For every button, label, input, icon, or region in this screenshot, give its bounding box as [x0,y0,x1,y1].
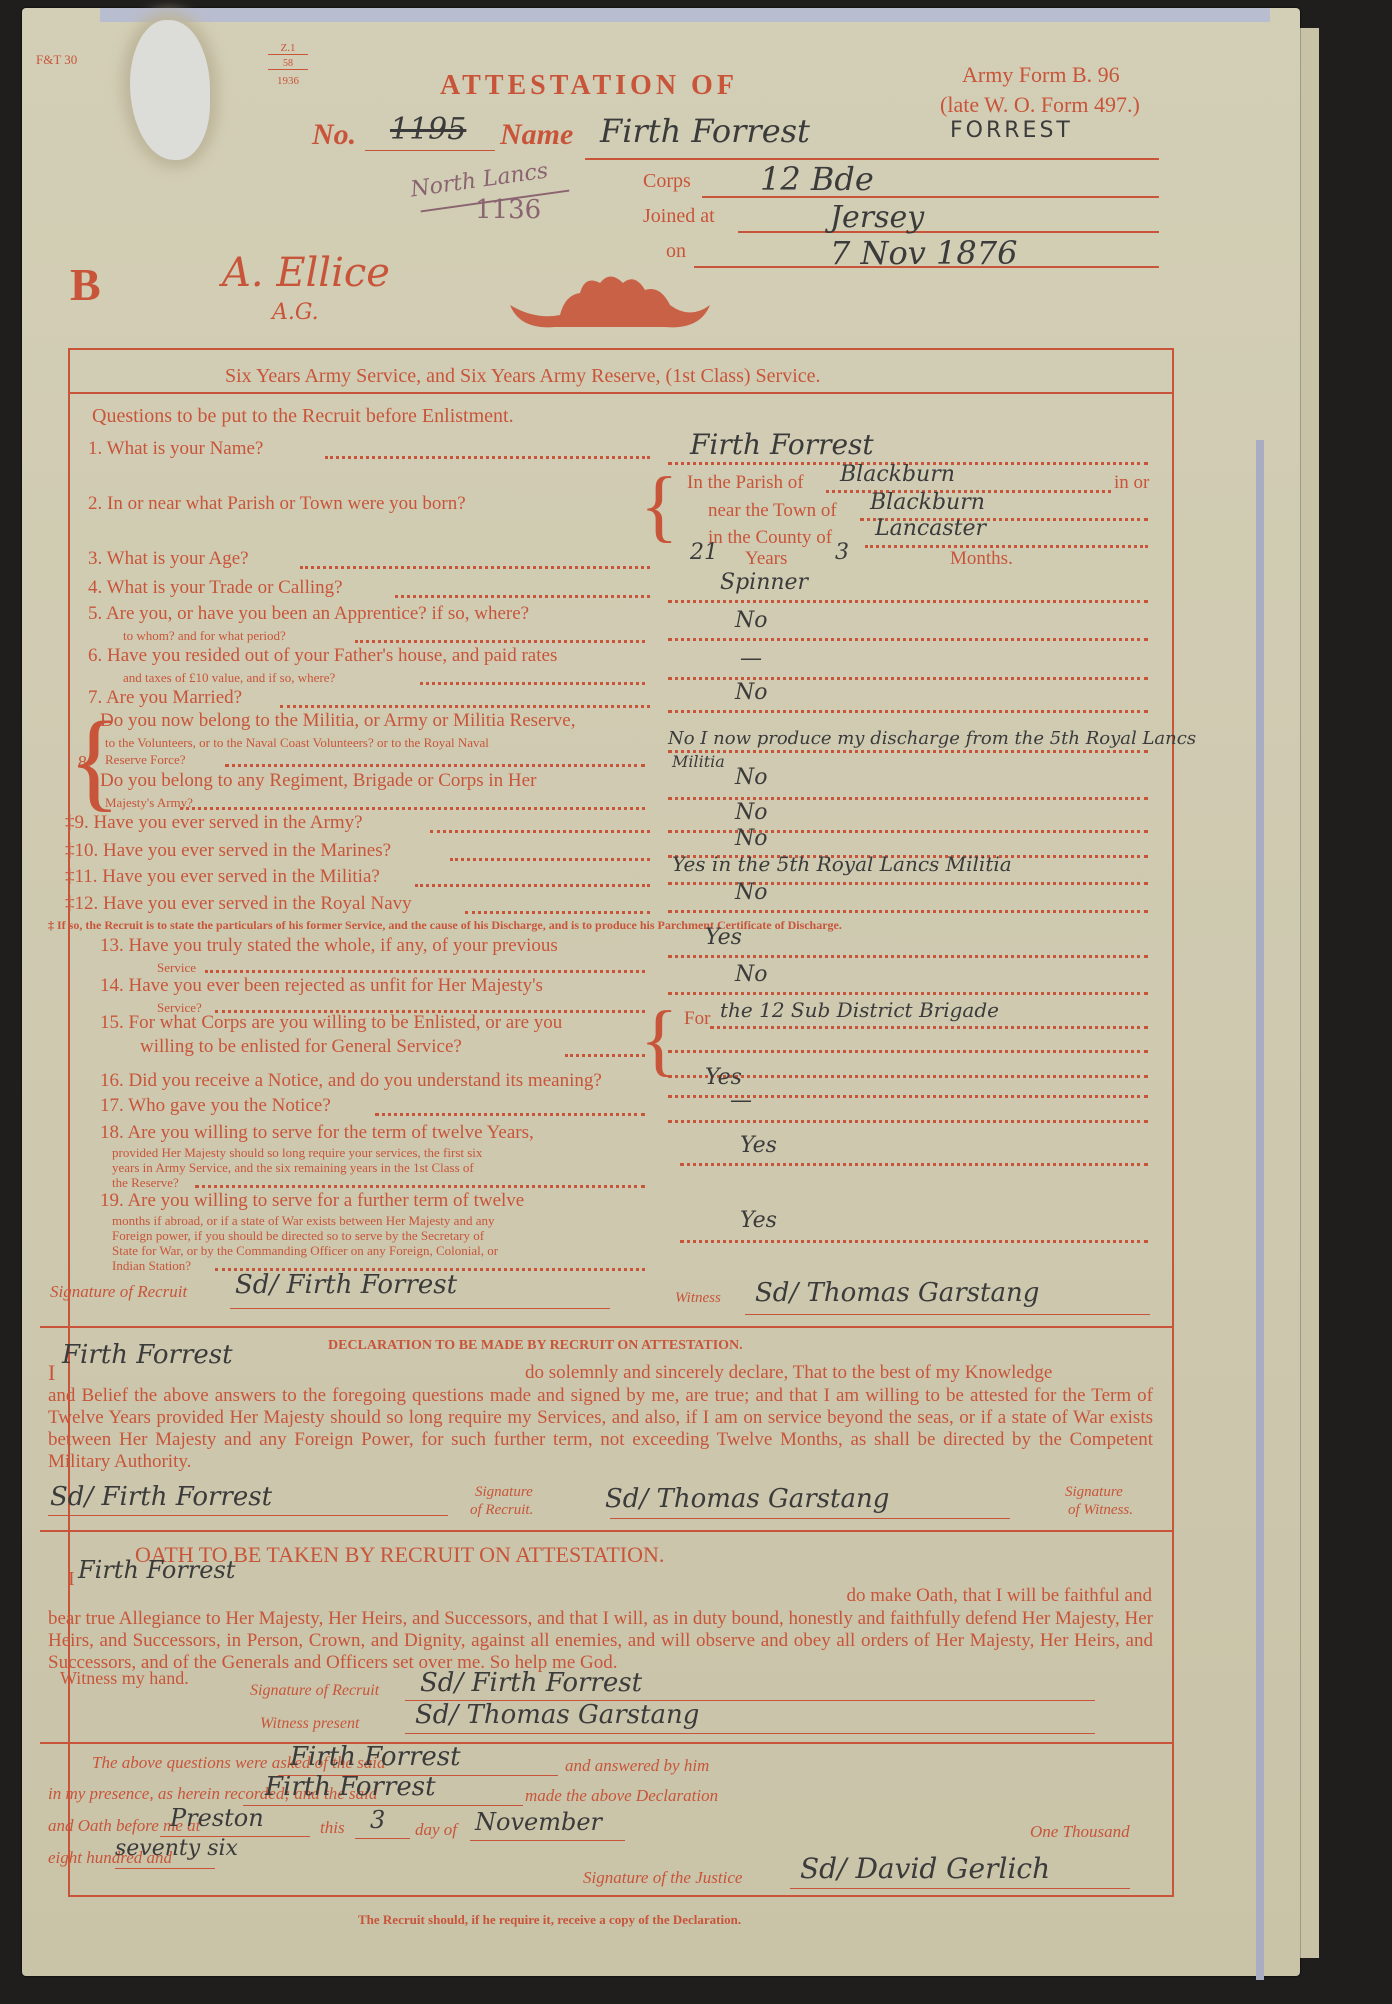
form-number: Army Form B. 96 [962,62,1120,88]
question-4: 4. What is your Trade or Calling? [88,577,343,599]
day-line [355,1838,410,1839]
number-value[interactable]: 1195 [390,112,466,147]
answer-q13[interactable]: Yes [705,925,742,950]
dots-q8 [225,764,645,767]
answer-q6[interactable]: — [740,646,762,671]
question-15: 15. For what Corps are you willing to be… [100,1012,562,1034]
dots-q3 [300,566,650,569]
joined-line [738,231,1159,233]
dots-q17 [375,1113,645,1116]
oath-i: I [68,1568,75,1591]
dots-q12 [465,911,650,914]
question-16: 16. Did you receive a Notice, and do you… [100,1070,602,1092]
dots-q18 [195,1185,645,1188]
question-8-sub2: Reserve Force? [105,752,186,768]
place-value[interactable]: Preston [170,1804,264,1832]
question-8-sub: to the Volunteers, or to the Naval Coast… [105,735,489,751]
oath-witness-label: Witness present [260,1715,359,1733]
oath-witness-signature[interactable]: Sd/ Thomas Garstang [415,1700,699,1730]
ref-bottom: 1936 [268,75,308,87]
witness-signature-line [745,1314,1150,1315]
age-years[interactable]: 21 [690,540,718,565]
oath-text: bear true Allegiance to Her Majesty, Her… [48,1608,1153,1674]
question-19-sub2: Foreign power, if you should be directed… [112,1228,484,1244]
justice-line1-name[interactable]: Firth Forrest [290,1742,461,1772]
question-6: 6. Have you resided out of your Father's… [88,645,557,667]
this-label: this [320,1818,345,1838]
dots-q7 [280,705,650,708]
declaration-witness-label-2: of Witness. [1068,1502,1133,1519]
box-top-border [68,348,1173,350]
question-18: 18. Are you willing to serve for the ter… [100,1122,534,1144]
recruit-signature[interactable]: Sd/ Firth Forrest [235,1270,457,1300]
question-18-sub: provided Her Majesty should so long requ… [112,1145,482,1161]
justice-signature-line [790,1888,1130,1889]
question-11: ‡11. Have you ever served in the Militia… [65,866,380,888]
answer-q17[interactable]: — [730,1088,752,1113]
question-14: 14. Have you ever been rejected as unfit… [100,975,543,997]
section-letter: B [70,258,101,311]
question-13-sub: Service [157,960,196,976]
question-2: 2. In or near what Parish or Town were y… [88,493,466,515]
service-header: Six Years Army Service, and Six Years Ar… [225,365,821,388]
day-of-label: day of [415,1820,457,1840]
town-label: near the Town of [708,500,837,522]
witness-my-hand: Witness my hand. [60,1668,189,1689]
dots-q10 [450,858,650,861]
answer-line-q13 [668,955,1148,958]
oath-text-first: do make Oath, that I will be faithful an… [372,1585,1152,1607]
form-title: ATTESTATION OF [440,70,738,102]
answer-line-q12 [668,910,1148,913]
answer-line-q8 [668,750,1148,753]
dots-q9 [430,830,650,833]
witness-signature[interactable]: Sd/ Thomas Garstang [755,1278,1039,1308]
answer-line-q5 [668,638,1148,641]
question-17: 17. Who gave you the Notice? [100,1095,331,1117]
question-8: Do you now belong to the Militia, or Arm… [100,710,575,732]
joined-value[interactable]: Jersey [830,200,924,235]
box-right-border [1172,348,1174,1896]
officer-signature: A. Ellice [222,250,390,296]
question-10: ‡10. Have you ever served in the Marines… [65,840,391,862]
dots-q6 [420,682,645,685]
question-12: ‡12. Have you ever served in the Royal N… [65,893,412,915]
month-value[interactable]: November [475,1808,602,1836]
answer-q19[interactable]: Yes [740,1208,777,1233]
section-divider-3 [40,1742,1173,1744]
number-line [365,150,495,151]
answer-q8b[interactable]: No [735,765,768,790]
box-bottom-border [68,1895,1174,1897]
declaration-name[interactable]: Firth Forrest [62,1340,233,1370]
brace-q15: { [640,1000,678,1080]
declaration-title: DECLARATION TO BE MADE BY RECRUIT ON ATT… [328,1338,743,1354]
answer-line-q19 [680,1240,1148,1243]
oath-recruit-label: Signature of Recruit [250,1682,379,1700]
right-paper-edge [1300,28,1319,1958]
question-19: 19. Are you willing to serve for a furth… [100,1190,524,1212]
answer-line-q17 [668,1120,1148,1123]
oath-witness-line [405,1733,1095,1734]
answer-q10[interactable]: No [735,826,768,851]
regiment-number: 1136 [475,195,541,225]
answer-q8[interactable]: No I now produce my discharge from the 5… [668,728,1196,749]
county-value[interactable]: Lancaster [875,516,986,541]
dots-q11 [415,884,650,887]
section-divider-2 [40,1530,1173,1532]
dots-q4 [395,595,650,598]
answer-q7[interactable]: No [735,680,768,705]
oath-recruit-signature[interactable]: Sd/ Firth Forrest [420,1668,642,1698]
name-value[interactable]: Firth Forrest [600,112,810,150]
question-19-sub4: Indian Station? [112,1258,191,1274]
recruit-signature-label: Signature of Recruit [50,1282,187,1302]
question-3: 3. What is your Age? [88,548,249,570]
questions-header: Questions to be put to the Recruit befor… [92,405,514,428]
answer-q1[interactable]: Firth Forrest [690,428,874,461]
parish-in-or: in or [1114,472,1149,494]
answer-q15[interactable]: the 12 Sub District Brigade [720,998,999,1022]
recruit-signature-line [230,1308,610,1309]
parish-label: In the Parish of [687,472,804,494]
answer-q12[interactable]: No [735,880,768,905]
one-thousand: One Thousand [1030,1822,1130,1842]
declaration-i: I [48,1360,55,1386]
declaration-witness-label-1: Signature [1065,1484,1123,1501]
answer-line-q7 [668,710,1148,713]
answer-line-q14 [668,992,1148,995]
declaration-witness-line [610,1518,1010,1519]
form-number-late: (late W. O. Form 497.) [940,92,1140,118]
number-label: No. [312,118,356,152]
answer-q4[interactable]: Spinner [720,570,808,595]
declaration-recruit-label-2: of Recruit. [470,1502,533,1519]
answer-line-q18 [680,1163,1148,1166]
justice-signature[interactable]: Sd/ David Gerlich [800,1852,1050,1885]
answer-line-q15b [668,1050,1148,1053]
question-19-sub3: State for War, or by the Commanding Offi… [112,1243,498,1259]
answer-q9[interactable]: No [735,800,768,825]
answer-q5[interactable]: No [735,608,768,633]
declaration-witness-signature[interactable]: Sd/ Thomas Garstang [605,1484,889,1514]
declaration-text-first: do solemnly and sincerely declare, That … [525,1362,1052,1384]
witness-label: Witness [675,1290,721,1307]
year-line [115,1868,215,1869]
oath-name[interactable]: Firth Forrest [78,1556,235,1584]
on-label: on [666,240,686,263]
months-label: Months. [950,548,1013,570]
joined-label: Joined at [643,205,715,228]
county-label: in the County of [708,527,832,549]
declaration-recruit-label-1: Signature [475,1484,533,1501]
justice-line2-b: made the above Declaration [525,1786,718,1806]
question-18-sub3: the Reserve? [112,1175,179,1191]
question-5: 5. Are you, or have you been an Apprenti… [88,603,529,625]
question-18-sub2: years in Army Service, and the six remai… [112,1160,474,1176]
answer-q14[interactable]: No [735,962,768,987]
ref-mid: 58 [268,58,308,70]
corps-value[interactable]: 12 Bde [760,160,874,198]
declaration-text: and Belief the above answers to the fore… [48,1385,1153,1473]
justice-line1-b: and answered by him [565,1756,709,1776]
month-line [470,1840,625,1841]
dots-q5 [355,640,645,643]
on-value[interactable]: 7 Nov 1876 [830,234,1017,272]
dots-q1 [325,456,650,459]
years-label: Years [745,548,787,570]
declaration-recruit-signature[interactable]: Sd/ Firth Forrest [50,1482,272,1512]
bottom-note: The Recruit should, if he require it, re… [358,1912,741,1928]
blue-binding-strip [1256,440,1264,1980]
question-1: 1. What is your Name? [88,438,263,460]
stamp-code: F&T 30 [36,52,77,68]
officer-signature-sub: A.G. [272,300,319,325]
top-paper-edge [100,8,1270,22]
declaration-recruit-line [48,1515,448,1516]
justice-signature-label: Signature of the Justice [583,1868,742,1888]
answer-q11[interactable]: Yes in the 5th Royal Lancs Militia [672,852,1012,876]
royal-crest-icon [505,265,715,335]
day-value[interactable]: 3 [370,1806,385,1834]
age-months[interactable]: 3 [835,540,849,565]
section-divider-1 [40,1326,1173,1328]
question-15-sub: willing to be enlisted for General Servi… [140,1036,462,1058]
corps-label: Corps [643,170,691,193]
question-13: 13. Have you truly stated the whole, if … [100,935,558,957]
answer-line-q4 [668,600,1148,603]
brace-q2: { [640,466,678,546]
question-9: ‡9. Have you ever served in the Army? [65,812,363,834]
question-8-num: 8. [78,752,92,773]
answer-q8-cont[interactable]: Militia [672,752,725,771]
question-6-sub: and taxes of £10 value, and if so, where… [123,670,335,686]
ref-top: Z.1 [268,42,308,55]
dots-q13 [205,970,645,973]
justice-line2-name[interactable]: Firth Forrest [265,1772,436,1802]
parish-value[interactable]: Blackburn [840,462,955,487]
dots-q15 [565,1054,645,1057]
for-label: For [684,1008,710,1030]
name-annotation: FORREST [950,118,1073,143]
name-label: Name [500,118,573,152]
answer-q16[interactable]: Yes [705,1065,742,1090]
service-header-rule [68,392,1173,394]
answer-q18[interactable]: Yes [740,1133,777,1158]
dots-q8b [180,807,645,810]
question-8b: Do you belong to any Regiment, Brigade o… [100,770,536,792]
answer-line-q15 [710,1026,1148,1029]
question-19-sub: months if abroad, or if a state of War e… [112,1213,494,1229]
town-value[interactable]: Blackburn [870,490,985,515]
year-value[interactable]: seventy six [115,1836,238,1861]
question-5-sub: to whom? and for what period? [123,628,286,644]
